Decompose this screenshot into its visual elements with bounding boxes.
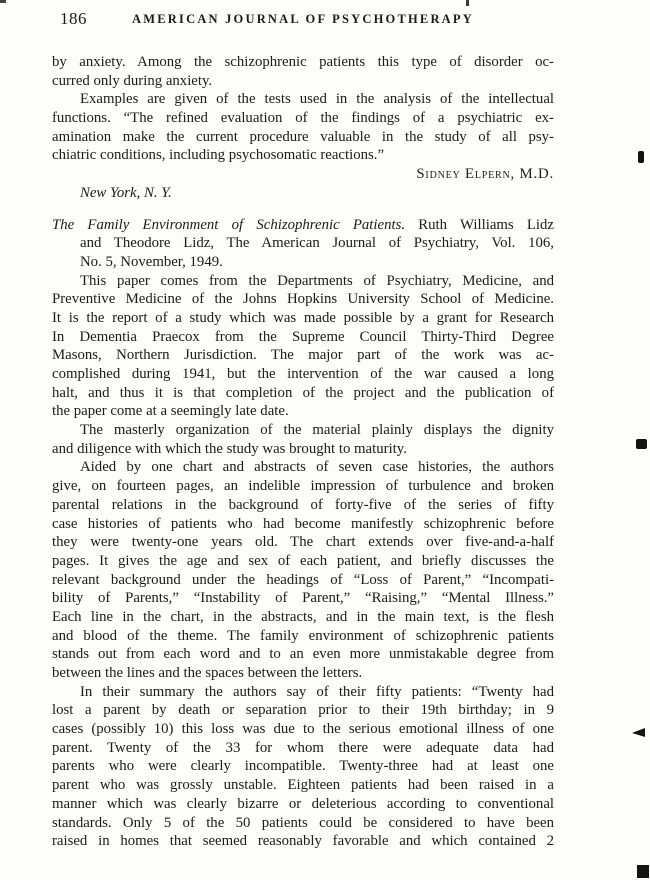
- text-line: manner which was clearly bizarre or dele…: [52, 795, 554, 814]
- text-line: the paper come at a seemingly late date.: [52, 402, 554, 421]
- text-line: curred only during anxiety.: [52, 72, 554, 91]
- text-line: and blood of the theme. The family envir…: [52, 627, 554, 646]
- ink-speck-top-left: [0, 0, 6, 3]
- ink-mark-arrow-right: [632, 728, 645, 737]
- ink-mark-top-right: [638, 151, 644, 163]
- text-line: Preventive Medicine of the Johns Hopkins…: [52, 290, 554, 309]
- text-line: Aided by one chart and abstracts of seve…: [52, 458, 554, 477]
- text-line: amination make the current procedure val…: [52, 128, 554, 147]
- text-line: case histories of patients who had becom…: [52, 515, 554, 534]
- journal-page: 186 AMERICAN JOURNAL OF PSYCHOTHERAPY by…: [0, 0, 650, 880]
- text-line: standards. Only 5 of the 50 patients cou…: [52, 814, 554, 833]
- text-line: parent. Twenty of the 33 for whom there …: [52, 739, 554, 758]
- text-line: cases (possibly 10) this loss was due to…: [52, 720, 554, 739]
- citation-authors: Ruth Williams Lidz: [405, 217, 554, 233]
- text-line: lost a parent by death or separation pri…: [52, 701, 554, 720]
- text-line: pages. It gives the age and sex of each …: [52, 552, 554, 571]
- text-line: This paper comes from the Departments of…: [52, 272, 554, 291]
- text-line: parent who was grossly unstable. Eightee…: [52, 776, 554, 795]
- text-line: and diligence with which the study was b…: [52, 440, 554, 459]
- text-line: relevant background under the headings o…: [52, 571, 554, 590]
- text-line: parental relations in the background of …: [52, 496, 554, 515]
- text-line: stands out from each word and to an even…: [52, 645, 554, 664]
- text-line: halt, and thus it is that completion of …: [52, 384, 554, 403]
- text-line: complished during 1941, but the interven…: [52, 365, 554, 384]
- text-line: Examples are given of the tests used in …: [52, 90, 554, 109]
- reference-citation-line: and Theodore Lidz, The American Journal …: [52, 234, 554, 253]
- text-line: bility of Parents,” “Instability of Pare…: [52, 589, 554, 608]
- text-line: The masterly organization of the materia…: [52, 421, 554, 440]
- reviewer-location: New York, N. Y.: [52, 184, 554, 203]
- page-body: by anxiety. Among the schizophrenic pati…: [52, 53, 554, 851]
- text-line: parents who were clearly incompatible. T…: [52, 757, 554, 776]
- reference-citation-line: No. 5, November, 1949.: [52, 253, 554, 272]
- text-line: give, on fourteen pages, an indelible im…: [52, 477, 554, 496]
- text-line: Masons, Northern Jurisdiction. The major…: [52, 346, 554, 365]
- reviewer-signature: Sidney Elpern, M.D.: [52, 165, 554, 184]
- ink-mark-bottom-right: [637, 865, 649, 878]
- text-line: between the lines and the spaces between…: [52, 664, 554, 683]
- text-line: raised in homes that seemed reasonably f…: [52, 832, 554, 851]
- page-header: 186 AMERICAN JOURNAL OF PSYCHOTHERAPY: [52, 9, 554, 31]
- text-line: In Dementia Praecox from the Supreme Cou…: [52, 328, 554, 347]
- text-line: they were twenty-one years old. The char…: [52, 533, 554, 552]
- ink-mark-mid-right: [636, 439, 647, 449]
- reference-citation-line: The Family Environment of Schizophrenic …: [52, 216, 554, 235]
- text-line: Each line in the chart, in the abstracts…: [52, 608, 554, 627]
- text-line: by anxiety. Among the schizophrenic pati…: [52, 53, 554, 72]
- text-line: chiatric conditions, including psychosom…: [52, 146, 554, 165]
- journal-title: AMERICAN JOURNAL OF PSYCHOTHERAPY: [52, 12, 554, 27]
- text-line: It is the report of a study which was ma…: [52, 309, 554, 328]
- ink-speck-top-edge: [466, 0, 469, 6]
- text-line: In their summary the authors say of thei…: [52, 683, 554, 702]
- text-line: functions. “The refined evaluation of th…: [52, 109, 554, 128]
- citation-title-italic: The Family Environment of Schizophrenic …: [52, 217, 405, 233]
